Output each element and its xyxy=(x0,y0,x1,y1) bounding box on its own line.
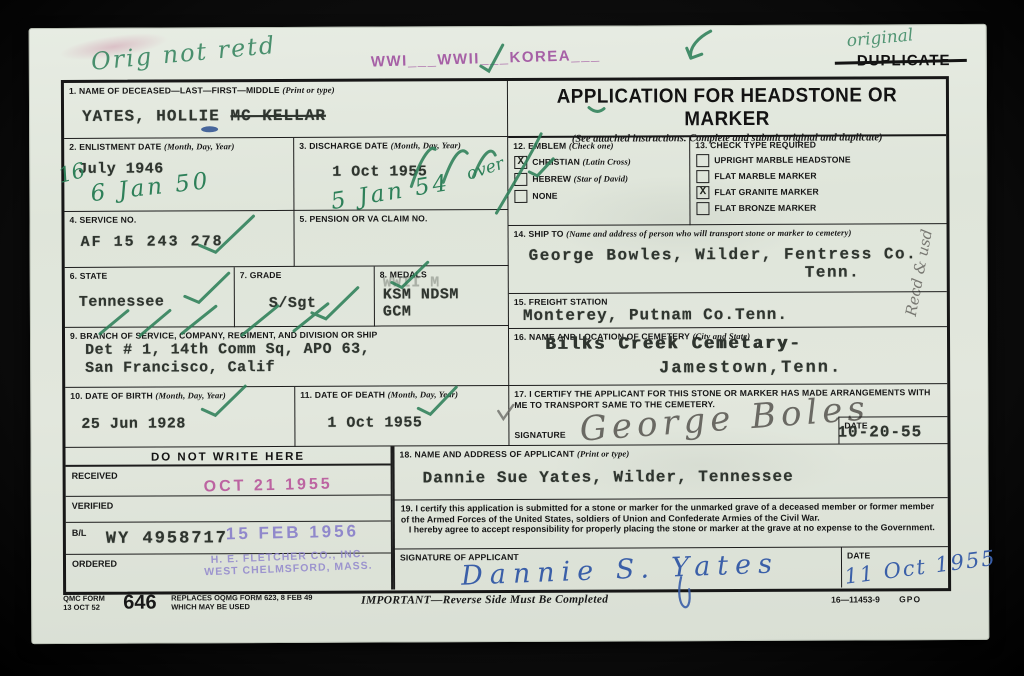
do-not-write-title: DO NOT WRITE HERE xyxy=(151,451,305,464)
field7-label: 7. GRADE xyxy=(235,267,374,281)
bl-number-value: WY 4958717 xyxy=(106,528,228,550)
cemetery-line2: Jamestown,Tenn. xyxy=(659,358,842,380)
field1-hint: (Print or type) xyxy=(282,85,334,95)
branch-line1: Det # 1, 14th Comm Sq, APO 63, xyxy=(85,341,370,361)
do-not-write-here-block: DO NOT WRITE HERE RECEIVED VERIFIED B/L … xyxy=(65,447,393,591)
field-grade: 7. GRADE S/Sgt xyxy=(235,267,375,328)
field-medals: 8. MEDALS WWII M KSM NDSM GCM xyxy=(375,266,509,327)
checkbox-hebrew xyxy=(514,173,527,186)
flat-marble-label: FLAT MARBLE MARKER xyxy=(714,171,816,181)
field-date-of-birth: 10. DATE OF BIRTH (Month, Day, Year) 25 … xyxy=(65,387,295,448)
bl-label: B/L xyxy=(66,524,87,538)
field12-label: 12. EMBLEM xyxy=(513,141,566,151)
bl-date-stamp: 15 FEB 1956 xyxy=(226,521,360,544)
field18-hint: (Print or type) xyxy=(577,448,629,458)
freight-station-value: Monterey, Putnam Co.Tenn. xyxy=(523,305,788,326)
field-check-type-required: 13. CHECK TYPE REQUIRED UPRIGHT MARBLE H… xyxy=(690,136,946,225)
deceased-name-value: YATES, HOLLIE xyxy=(82,107,220,126)
form-number-646: 646 xyxy=(123,592,156,615)
hebrew-hint: (Star of David) xyxy=(574,174,629,184)
field-ship-to: 14. SHIP TO (Name and address of person … xyxy=(509,224,947,294)
field-name-of-deceased: 1. NAME OF DECEASED—LAST—FIRST—MIDDLE (P… xyxy=(64,81,508,139)
qmc-form-date: 13 OCT 52 xyxy=(63,603,105,612)
flat-granite-label: FLAT GRANITE MARKER xyxy=(714,187,818,197)
field-freight-station: 15. FREIGHT STATION Monterey, Putnam Co.… xyxy=(509,292,947,329)
field2-label: 2. ENLISTMENT DATE xyxy=(69,142,161,152)
replaces-block: REPLACES OQMG FORM 623, 8 FEB 49 WHICH M… xyxy=(171,593,312,612)
received-date-stamp: OCT 21 1955 xyxy=(203,476,332,497)
war-service-stamp: WWI___WWII___KOREA___ xyxy=(371,47,601,71)
field12-hint: (Check one) xyxy=(569,141,614,151)
certification-para2: I hereby agree to accept responsibility … xyxy=(395,523,948,536)
blue-ink-blot xyxy=(201,126,218,132)
christian-label: CHRISTIAN xyxy=(532,157,580,167)
field-service-no: 4. SERVICE NO. AF 15 243 278 xyxy=(64,211,294,268)
checkbox-flat-marble xyxy=(696,170,709,183)
replaces-line1: REPLACES OQMG FORM 623, 8 FEB 49 xyxy=(171,593,312,603)
enlistment-note-prefix: 16 xyxy=(56,158,88,188)
form-paper: Orig not retd WWI___WWII___KOREA___ orig… xyxy=(29,24,990,644)
field4-label: 4. SERVICE NO. xyxy=(64,211,293,226)
flat-bronze-label: FLAT BRONZE MARKER xyxy=(714,203,816,213)
field-cemetery: 16. NAME AND LOCATION OF CEMETERY (City … xyxy=(509,327,947,386)
field-pension-claim-no: 5. PENSION OR VA CLAIM NO. xyxy=(294,210,508,267)
form-number-block: QMC FORM 13 OCT 52 xyxy=(63,594,105,612)
field-applicant-certification: 19. I certify this application is submit… xyxy=(393,498,948,549)
branch-line2: San Francisco, Calif xyxy=(85,359,275,379)
over-note: over xyxy=(464,154,506,185)
form-title-block: APPLICATION FOR HEADSTONE OR MARKER (See… xyxy=(508,79,946,138)
field-state: 6. STATE Tennessee xyxy=(65,267,235,328)
field14-label: 14. SHIP TO xyxy=(514,229,564,239)
field-applicant-name-address: 18. NAME AND ADDRESS OF APPLICANT (Print… xyxy=(392,444,947,500)
important-note: IMPORTANT—Reverse Side Must Be Completed xyxy=(361,594,608,607)
checkbox-flat-bronze xyxy=(696,202,709,215)
scanned-form-screenshot: Orig not retd WWI___WWII___KOREA___ orig… xyxy=(0,0,1024,676)
checkbox-flat-granite: X xyxy=(696,186,709,199)
field17-signature-label: SIGNATURE xyxy=(509,427,567,441)
field-enlistment-date: 2. ENLISTMENT DATE (Month, Day, Year) Ju… xyxy=(64,138,294,212)
applicant-date-box: DATE 11 Oct 1955 xyxy=(841,547,948,587)
field2-hint: (Month, Day, Year) xyxy=(164,141,235,151)
service-no-value: AF 15 243 278 xyxy=(81,233,224,252)
field-emblem: 12. EMBLEM (Check one) XCHRISTIAN (Latin… xyxy=(508,137,690,226)
certification-para1: 19. I certify this application is submit… xyxy=(395,498,948,525)
checkbox-none xyxy=(514,190,527,203)
field13-label: 13. CHECK TYPE REQUIRED xyxy=(690,136,946,151)
field17-date-box: DATE 10-20-55 xyxy=(838,416,947,443)
deceased-name-struck: MC KELLAR xyxy=(230,107,325,125)
upright-marble-label: UPRIGHT MARBLE HEADSTONE xyxy=(714,155,850,166)
field18-label: 18. NAME AND ADDRESS OF APPLICANT xyxy=(400,449,575,460)
field-discharge-date: 3. DISCHARGE DATE (Month, Day, Year) 1 O… xyxy=(294,137,508,211)
christian-hint: (Latin Cross) xyxy=(582,157,630,167)
green-arrow-top xyxy=(687,31,711,58)
field6-label: 6. STATE xyxy=(65,267,234,281)
orig-not-retd-note: Orig not retd xyxy=(90,31,277,76)
print-code: 16—11453-9 xyxy=(831,594,880,604)
birth-date-value: 25 Jun 1928 xyxy=(81,415,186,434)
checkbox-christian: X xyxy=(514,156,527,169)
form-title: APPLICATION FOR HEADSTONE OR MARKER xyxy=(521,84,933,132)
field9-label: 9. BRANCH OF SERVICE, COMPANY, REGIMENT,… xyxy=(65,326,508,342)
state-value: Tennessee xyxy=(79,294,165,313)
field11-hint: (Month, Day, Year) xyxy=(388,389,459,399)
christian-checkmark: X xyxy=(517,157,524,168)
headstone-application-form: 1. NAME OF DECEASED—LAST—FIRST—MIDDLE (P… xyxy=(61,76,951,595)
field-branch-of-service: 9. BRANCH OF SERVICE, COMPANY, REGIMENT,… xyxy=(65,326,509,388)
field5-label: 5. PENSION OR VA CLAIM NO. xyxy=(294,210,507,225)
field3-label: 3. DISCHARGE DATE xyxy=(299,141,388,151)
field17-date-value: 10-20-55 xyxy=(837,422,922,442)
field14-hint: (Name and address of person who will tra… xyxy=(566,228,851,239)
field11-label: 11. DATE OF DEATH xyxy=(300,390,385,400)
original-note: original xyxy=(846,25,914,51)
replaces-line2: WHICH MAY BE USED xyxy=(171,602,312,612)
verified-label: VERIFIED xyxy=(66,496,391,511)
gpo-label: GPO xyxy=(899,594,921,604)
hebrew-label: HEBREW xyxy=(532,174,571,184)
checkbox-upright-marble xyxy=(696,154,709,167)
field1-label: 1. NAME OF DECEASED—LAST—FIRST—MIDDLE xyxy=(69,85,280,96)
death-date-value: 1 Oct 1955 xyxy=(327,414,422,433)
field-date-of-death: 11. DATE OF DEATH (Month, Day, Year) 1 O… xyxy=(295,386,509,447)
medals-line2: GCM xyxy=(383,303,412,322)
verified-row: VERIFIED xyxy=(66,496,391,523)
qmc-form-label: QMC FORM xyxy=(63,594,105,603)
cemetery-line1: Bilks Creek Cemetary- xyxy=(545,334,801,356)
ship-to-line2: Tenn. xyxy=(805,262,861,282)
field10-label: 10. DATE OF BIRTH xyxy=(70,391,153,401)
none-label: NONE xyxy=(532,191,557,201)
applicant-name-value: Dannie Sue Yates, Wilder, Tennessee xyxy=(423,467,794,489)
field3-hint: (Month, Day, Year) xyxy=(391,140,462,150)
applicant-signature-row: SIGNATURE OF APPLICANT Dannie S. Yates D… xyxy=(393,547,948,589)
grade-value: S/Sgt xyxy=(269,295,317,314)
flat-granite-checkmark: X xyxy=(700,187,707,198)
medals-line1: KSM NDSM xyxy=(383,286,459,305)
field-transport-certification: 17. I CERTIFY THE APPLICANT FOR THIS STO… xyxy=(509,384,947,446)
field10-hint: (Month, Day, Year) xyxy=(155,390,226,400)
